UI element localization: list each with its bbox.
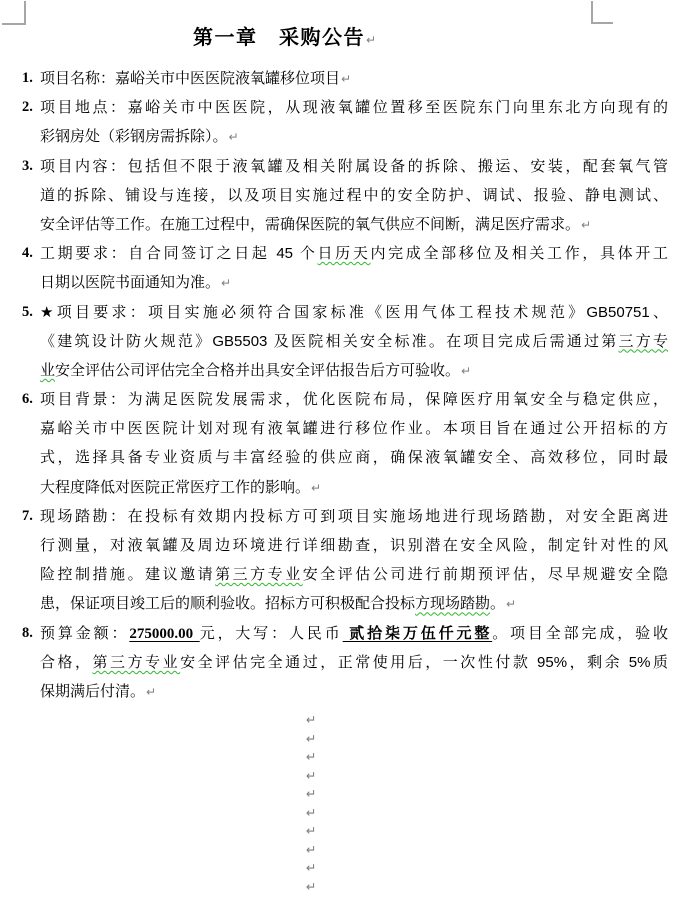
text-line: 安全评估等工作。在施工过程中，需确保医院的氧气供应不间断，满足医疗需求。↵ [40,210,668,239]
paragraph-mark: ↵ [506,597,516,611]
paragraph-mark: ↵ [306,730,316,749]
text-segment: 元，大写：人民币 [200,625,343,642]
paragraph-mark: ↵ [366,33,376,47]
text-line: 预算金额：275000.00 元，大写：人民币 贰拾柒万伍仟元整。项目全部完成，… [40,619,668,648]
list-item-body: 现场踏勘：在投标有效期内投标方可到项目实施场地进行现场踏勘，对安全距离进 行测量… [40,502,668,619]
list-item-number: 2. [22,93,39,122]
announcement-list: 1. 项目名称：嘉峪关市中医医院液氧罐移位项目↵ 2. 项目地点：嘉峪关市中医医… [0,64,689,706]
text-line: 合格，第三方专业安全评估完全通过，正常使用后，一次性付款 95%，剩余 5%质 [40,648,668,677]
paragraph-mark: ↵ [306,841,316,860]
text-line: 彩钢房处（彩钢房需拆除）。↵ [40,122,668,151]
paragraph-mark: ↵ [306,859,316,878]
text-line: 险控制措施。建议邀请第三方专业安全评估公司进行前期预评估，尽早规避安全隐 [40,560,668,589]
spellcheck-underline: 业 [40,362,55,379]
text-segment: 项目名称：嘉峪关市中医医院液氧罐移位项目 [40,70,340,87]
amount-in-words: 贰拾柒万伍仟元整 [343,626,493,642]
text-line: 项目背景：为满足医院发展需求，优化医院布局，保障医疗用氧安全与稳定供应， [40,385,668,414]
paragraph-mark: ↵ [461,364,471,378]
list-item-number: 5. [22,298,39,327]
list-item: 1. 项目名称：嘉峪关市中医医院液氧罐移位项目↵ [0,64,689,93]
text-segment: ★项目要求：项目实施必须符合国家标准《医用气体工程技术规范》GB50751、 [40,304,668,321]
list-item-body: 项目内容：包括但不限于液氧罐及相关附属设备的拆除、搬运、安装，配套氧气管 道的拆… [40,152,668,240]
paragraph-mark: ↵ [306,785,316,804]
spellcheck-underline: 第三方专业 [93,654,181,671]
paragraph-mark: ↵ [306,804,316,823]
text-segment: 项目内容：包括但不限于液氧罐及相关附属设备的拆除、搬运、安装，配套氧气管 [40,158,668,175]
chapter-title: 第一章 采购公告↵ [193,26,689,52]
text-segment: 安全评估等工作。在施工过程中，需确保医院的氧气供应不间断，满足医疗需求。 [40,216,580,233]
text-line: 保期满后付清。↵ [40,677,668,706]
text-line: 道的拆除、铺设与连接，以及项目实施过程中的安全防护、调试、报验、静电测试、 [40,181,668,210]
text-segment: 安全评估公司进行前期预评估，尽早规避安全隐 [303,566,668,583]
spellcheck-underline: 三方专 [619,333,668,350]
list-item-number: 4. [22,239,39,268]
word-document-page: { "title": { "text": "第一章 采购公告" }, "mark… [0,0,689,916]
text-segment: 患，保证项目竣工后的顺利验收。招标方可积极配合投标 [40,595,415,612]
text-line: 项目地点：嘉峪关市中医医院，从现液氧罐位置移至医院东门向里东北方向现有的 [40,93,668,122]
paragraph-mark: ↵ [311,481,321,495]
budget-amount: 275000.00 [129,626,199,642]
list-item: 5. ★项目要求：项目实施必须符合国家标准《医用气体工程技术规范》GB50751… [0,298,689,386]
text-segment: 保期满后付清。 [40,683,145,700]
paragraph-mark: ↵ [306,767,316,786]
text-segment: 日期以医院书面通知为准。 [40,274,220,291]
list-item: 7. 现场踏勘：在投标有效期内投标方可到项目实施场地进行现场踏勘，对安全距离进 … [0,502,689,619]
list-item-number: 6. [22,385,39,414]
list-item-body: 项目地点：嘉峪关市中医医院，从现液氧罐位置移至医院东门向里东北方向现有的 彩钢房… [40,93,668,151]
text-line: 日期以医院书面通知为准。↵ [40,268,668,297]
text-line: 《建筑设计防火规范》GB5503 及医院相关安全标准。在项目完成后需通过第三方专 [40,327,668,356]
text-line: ★项目要求：项目实施必须符合国家标准《医用气体工程技术规范》GB50751、 [40,298,668,327]
paragraph-mark: ↵ [581,218,591,232]
paragraph-mark: ↵ [221,276,231,290]
text-segment: 工期要求：自合同签订之日起 45 个 [40,245,318,262]
text-line: 项目内容：包括但不限于液氧罐及相关附属设备的拆除、搬运、安装，配套氧气管 [40,152,668,181]
list-item: 3. 项目内容：包括但不限于液氧罐及相关附属设备的拆除、搬运、安装，配套氧气管 … [0,152,689,240]
text-segment: 预算金额： [40,625,129,642]
text-segment: 合格， [40,654,93,671]
text-segment: 。 [490,595,505,612]
text-segment: 《建筑设计防火规范》GB5503 及医院相关安全标准。在项目完成后需通过第 [40,333,619,350]
text-segment: 彩钢房处（彩钢房需拆除）。 [40,128,228,145]
trailing-paragraph-marks: ↵ ↵ ↵ ↵ ↵ ↵ ↵ ↵ ↵ ↵ [306,711,316,896]
list-item-number: 3. [22,152,39,181]
text-segment: 安全评估公司评估完全合格并出具安全评估报告后方可验收。 [55,362,460,379]
paragraph-mark: ↵ [146,685,156,699]
list-item: 6. 项目背景：为满足医院发展需求，优化医院布局，保障医疗用氧安全与稳定供应， … [0,385,689,502]
list-item-body: 预算金额：275000.00 元，大写：人民币 贰拾柒万伍仟元整。项目全部完成，… [40,619,668,707]
text-segment: 道的拆除、铺设与连接，以及项目实施过程中的安全防护、调试、报验、静电测试、 [40,187,668,204]
spellcheck-underline: 第三方专业 [215,566,303,583]
paragraph-mark: ↵ [306,878,316,897]
paragraph-mark: ↵ [306,711,316,730]
paragraph-mark: ↵ [306,748,316,767]
list-item-body: ★项目要求：项目实施必须符合国家标准《医用气体工程技术规范》GB50751、 《… [40,298,668,386]
spellcheck-underline: 日历天 [318,245,371,262]
text-segment: 行测量，对液氧罐及周边环境进行详细勘查，识别潜在安全风险，制定针对性的风 [40,537,668,554]
list-item: 2. 项目地点：嘉峪关市中医医院，从现液氧罐位置移至医院东门向里东北方向现有的 … [0,93,689,151]
text-line: 大程度降低对医院正常医疗工作的影响。↵ [40,473,668,502]
text-segment: 大程度降低对医院正常医疗工作的影响。 [40,479,310,496]
text-segment: 安全评估完全通过，正常使用后，一次性付款 95%，剩余 5%质 [180,654,668,671]
text-boundary-mark-top-right [591,1,613,24]
list-item: 8. 预算金额：275000.00 元，大写：人民币 贰拾柒万伍仟元整。项目全部… [0,619,689,707]
text-segment: 内完成全部移位及相关工作，具体开工 [370,245,668,262]
text-boundary-mark-top-left [2,1,26,25]
text-segment: 式，选择具备专业资质与丰富经验的供应商，确保液氧罐安全、高效移位，同时最 [40,449,668,466]
list-item-body: 项目名称：嘉峪关市中医医院液氧罐移位项目↵ [40,64,668,93]
paragraph-mark: ↵ [341,72,351,86]
spellcheck-underline: 方现场踏勘 [415,595,490,612]
text-line: 项目名称：嘉峪关市中医医院液氧罐移位项目↵ [40,64,668,93]
list-item-number: 7. [22,502,39,531]
text-line: 工期要求：自合同签订之日起 45 个日历天内完成全部移位及相关工作，具体开工 [40,239,668,268]
text-line: 业安全评估公司评估完全合格并出具安全评估报告后方可验收。↵ [40,356,668,385]
text-line: 现场踏勘：在投标有效期内投标方可到项目实施场地进行现场踏勘，对安全距离进 [40,502,668,531]
text-segment: 。项目全部完成，验收 [492,625,668,642]
text-segment: 项目背景：为满足医院发展需求，优化医院布局，保障医疗用氧安全与稳定供应， [40,391,668,408]
list-item: 4. 工期要求：自合同签订之日起 45 个日历天内完成全部移位及相关工作，具体开… [0,239,689,297]
list-item-body: 项目背景：为满足医院发展需求，优化医院布局，保障医疗用氧安全与稳定供应， 嘉峪关… [40,385,668,502]
list-item-number: 8. [22,619,39,648]
text-segment: 项目地点：嘉峪关市中医医院，从现液氧罐位置移至医院东门向里东北方向现有的 [40,99,668,116]
list-item-number: 1. [22,64,39,93]
text-line: 嘉峪关市中医医院计划对现有液氧罐进行移位作业。本项目旨在通过公开招标的方 [40,414,668,443]
text-line: 式，选择具备专业资质与丰富经验的供应商，确保液氧罐安全、高效移位，同时最 [40,443,668,472]
paragraph-mark: ↵ [306,822,316,841]
text-line: 患，保证项目竣工后的顺利验收。招标方可积极配合投标方现场踏勘。↵ [40,589,668,618]
text-segment: 现场踏勘：在投标有效期内投标方可到项目实施场地进行现场踏勘，对安全距离进 [40,508,668,525]
list-item-body: 工期要求：自合同签订之日起 45 个日历天内完成全部移位及相关工作，具体开工 日… [40,239,668,297]
chapter-title-text: 第一章 采购公告 [193,27,365,49]
text-segment: 嘉峪关市中医医院计划对现有液氧罐进行移位作业。本项目旨在通过公开招标的方 [40,420,668,437]
text-segment: 险控制措施。建议邀请 [40,566,215,583]
paragraph-mark: ↵ [229,130,239,144]
text-line: 行测量，对液氧罐及周边环境进行详细勘查，识别潜在安全风险，制定针对性的风 [40,531,668,560]
